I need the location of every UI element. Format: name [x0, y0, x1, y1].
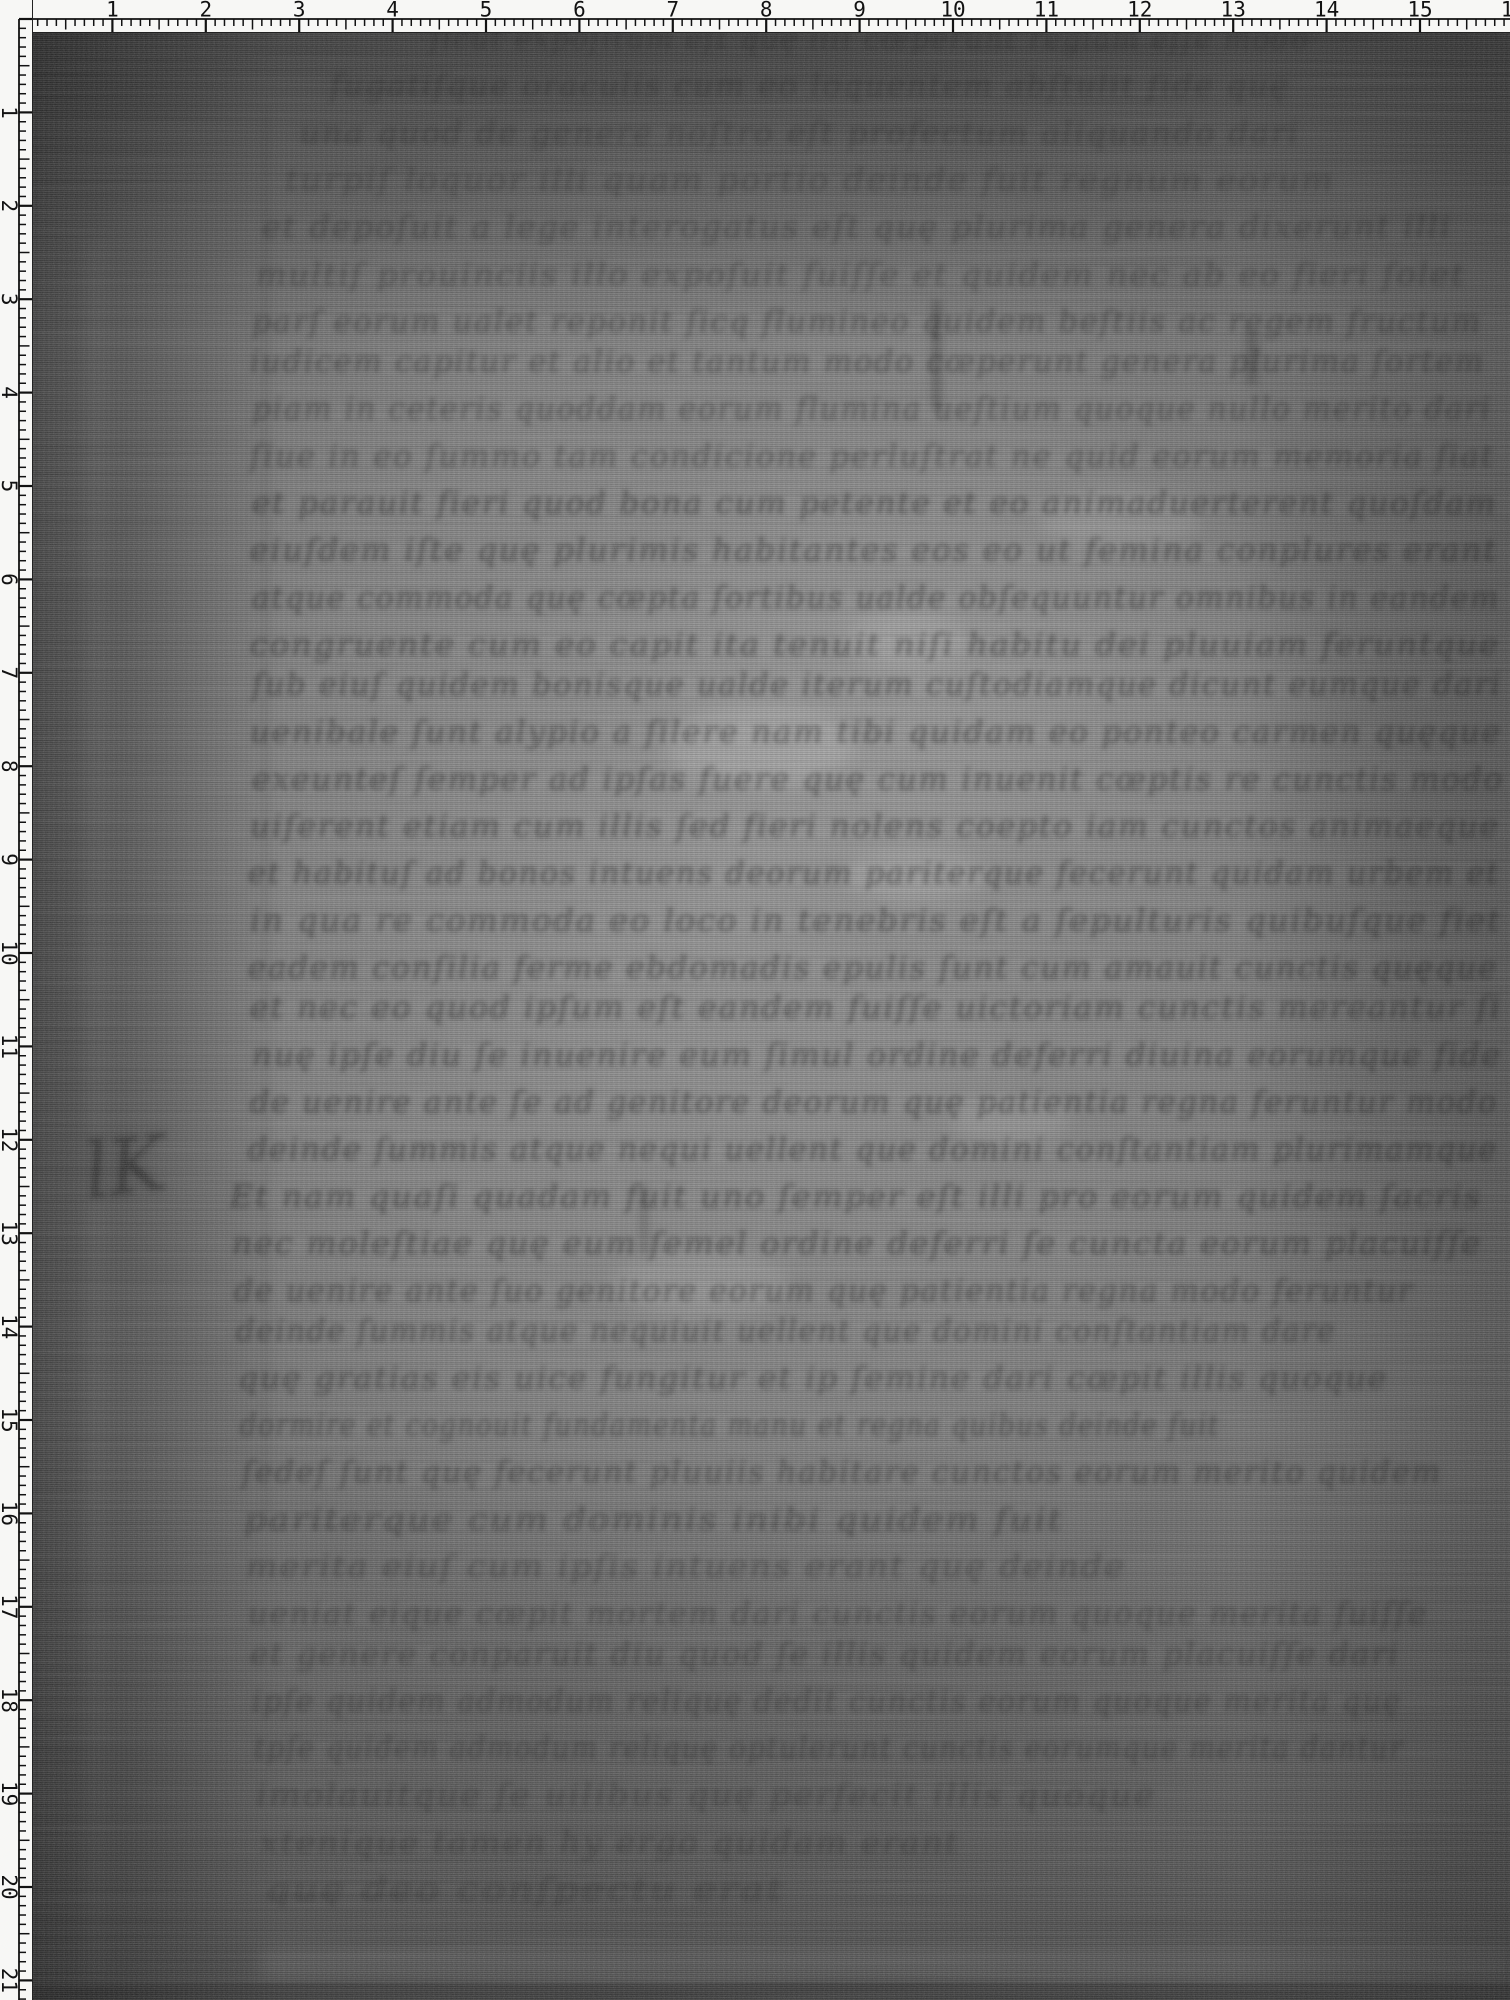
svg-text:11: 11	[1034, 0, 1059, 22]
svg-text:8: 8	[0, 760, 21, 773]
svg-text:16: 16	[0, 1501, 21, 1526]
svg-text:3: 3	[0, 293, 21, 306]
svg-text:15: 15	[1407, 0, 1432, 22]
svg-text:9: 9	[0, 853, 21, 866]
svg-text:18: 18	[0, 1688, 21, 1713]
svg-text:14: 14	[0, 1314, 21, 1339]
svg-text:6: 6	[0, 573, 21, 586]
svg-text:3: 3	[293, 0, 306, 22]
svg-text:2: 2	[199, 0, 212, 22]
svg-text:13: 13	[0, 1221, 21, 1246]
svg-text:2: 2	[0, 199, 21, 212]
svg-text:10: 10	[0, 940, 21, 965]
manuscript-page-image: ſicut expoſitum eſt quę illi cœperunt re…	[0, 0, 1510, 2000]
svg-text:14: 14	[1314, 0, 1339, 22]
svg-text:12: 12	[0, 1127, 21, 1152]
svg-text:12: 12	[1127, 0, 1152, 22]
svg-text:7: 7	[0, 666, 21, 679]
manuscript-calibration-photo: ſicut expoſitum eſt quę illi cœperunt re…	[0, 0, 1510, 2000]
svg-text:17: 17	[0, 1594, 21, 1619]
svg-text:8: 8	[760, 0, 773, 22]
svg-text:10: 10	[940, 0, 965, 22]
svg-text:11: 11	[0, 1034, 21, 1059]
svg-text:15: 15	[0, 1407, 21, 1432]
svg-text:20: 20	[0, 1874, 21, 1899]
svg-text:19: 19	[0, 1781, 21, 1806]
svg-text:16: 16	[1501, 0, 1510, 22]
svg-text:9: 9	[853, 0, 866, 22]
svg-text:1: 1	[0, 106, 21, 119]
svg-text:4: 4	[0, 386, 21, 399]
svg-text:7: 7	[666, 0, 679, 22]
svg-text:13: 13	[1221, 0, 1246, 22]
svg-text:5: 5	[480, 0, 493, 22]
svg-text:5: 5	[0, 480, 21, 493]
svg-text:4: 4	[386, 0, 399, 22]
svg-text:6: 6	[573, 0, 586, 22]
left-ruler-scale: 123456789101112131415161718192021	[0, 0, 33, 2000]
svg-text:21: 21	[0, 1968, 21, 1993]
svg-text:1: 1	[106, 0, 119, 22]
top-ruler-scale: 012345678910111213141516	[0, 0, 1510, 33]
